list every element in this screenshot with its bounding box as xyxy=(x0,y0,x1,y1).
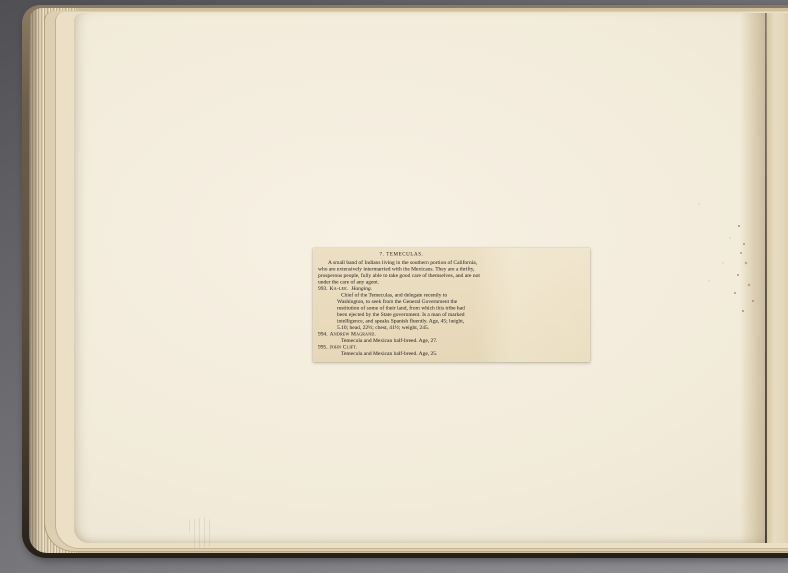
clipping-intro: A small band of Indians living in the so… xyxy=(318,260,485,286)
entry-name: Andrew Magrand. xyxy=(330,331,376,337)
facing-page-edge xyxy=(767,13,788,543)
catalog-entry-995: 995.John Clift. Temecula and Mexican hal… xyxy=(318,344,485,357)
entry-name: John Clift. xyxy=(330,344,358,350)
gutter-shadow xyxy=(740,13,766,543)
entry-number: 994. xyxy=(318,331,328,337)
entry-name: Ka-lee. xyxy=(330,286,349,292)
pasted-clipping: 7. TEMECULAS. A small band of Indians li… xyxy=(313,248,590,362)
entry-alias: Hanging. xyxy=(351,286,372,292)
entry-number: 995. xyxy=(318,344,328,350)
entry-description: Chief of the Temeculas, and delegate rec… xyxy=(337,292,471,331)
catalog-entry-994: 994.Andrew Magrand. Temecula and Mexican… xyxy=(318,331,485,344)
photo-backdrop: 7. TEMECULAS. A small band of Indians li… xyxy=(0,0,788,573)
foxing-spots xyxy=(738,225,740,227)
clipping-text-block: 7. TEMECULAS. A small band of Indians li… xyxy=(318,251,485,357)
clipping-heading: 7. TEMECULAS. xyxy=(318,251,485,258)
catalog-entry-993: 993.Ka-lee.Hanging. Chief of the Temecul… xyxy=(318,286,485,332)
entry-description: Temecula and Mexican half-breed. Age, 25… xyxy=(341,351,485,358)
entry-number: 993. xyxy=(318,286,328,292)
